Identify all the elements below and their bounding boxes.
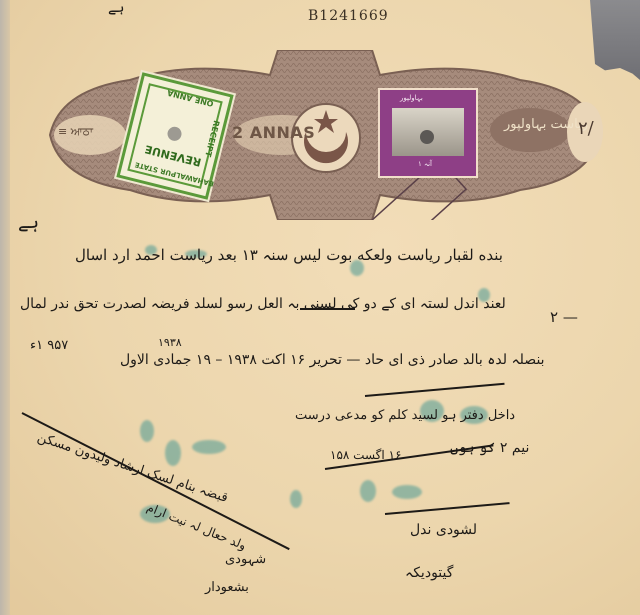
ink-blot	[140, 420, 154, 442]
handwriting-registration-note: داخل دفتر ہو لسید کلم کو مدعی درست	[295, 408, 515, 423]
denomination-urdu: ۲/	[578, 118, 594, 139]
stamp-value: ۱ آنہ	[418, 160, 432, 168]
ink-blot	[290, 490, 302, 508]
handwriting-corner-mark: ہے	[108, 0, 124, 16]
witness-signature-1: شہودی	[225, 552, 266, 567]
handwriting-diagonal-note-2: ولد حعال لہ نیت ارام	[145, 500, 248, 553]
witness-signature-2: بشعودار	[205, 580, 249, 595]
witness-signature-4: گیتودیکہ	[405, 565, 453, 581]
punch-hole-icon	[420, 130, 434, 144]
scan-edge	[0, 0, 10, 615]
ink-blot	[392, 485, 422, 499]
handwriting-year-hijri: ۹۵۷ ۱ء	[30, 338, 68, 353]
handwriting-year-gregorian: ۱۹۳۸	[158, 336, 182, 349]
handwriting-line-2: لعند اندل لستہ ای کے دو کی لسنی بہ العل …	[20, 296, 506, 312]
witness-signature-3: لشودی ندل	[410, 522, 477, 538]
ink-diagonal-stroke	[22, 412, 290, 550]
stamp-paper-document: B1241669 ≡ ਆਠਾ 2 ANNAS ریاست بہاولپور ۲/…	[0, 0, 640, 615]
serial-number: B1241669	[308, 8, 389, 24]
purple-postage-stamp: بہاولپور ۱ آنہ	[378, 88, 478, 178]
ink-underline	[385, 502, 510, 515]
handwriting-line-1: بنده لقبار ریاست ولعکه بوت لیس سنہ ۱۳ بع…	[75, 246, 503, 264]
handwriting-paragraph-number: ۲ —	[550, 308, 578, 326]
ink-underline	[300, 308, 355, 310]
handwriting-line-1-left: ہے	[18, 212, 39, 233]
denomination-english: 2 ANNAS	[232, 123, 315, 142]
state-name-urdu: ریاست بہاولپور	[504, 117, 588, 132]
ink-blot	[360, 480, 376, 502]
stamp-caption: بہاولپور	[400, 94, 423, 102]
ink-underline	[365, 383, 505, 397]
ink-blot	[192, 440, 226, 454]
handwriting-line-3: بنصلہ لدہ بالد صادر ذی ای حاد — تحریر ۱۶…	[120, 352, 545, 368]
ornamental-band	[40, 50, 610, 220]
ink-blot	[165, 440, 181, 466]
denomination-gurmukhi: ≡ ਆਠਾ	[58, 125, 93, 139]
stamp-band	[40, 50, 610, 220]
